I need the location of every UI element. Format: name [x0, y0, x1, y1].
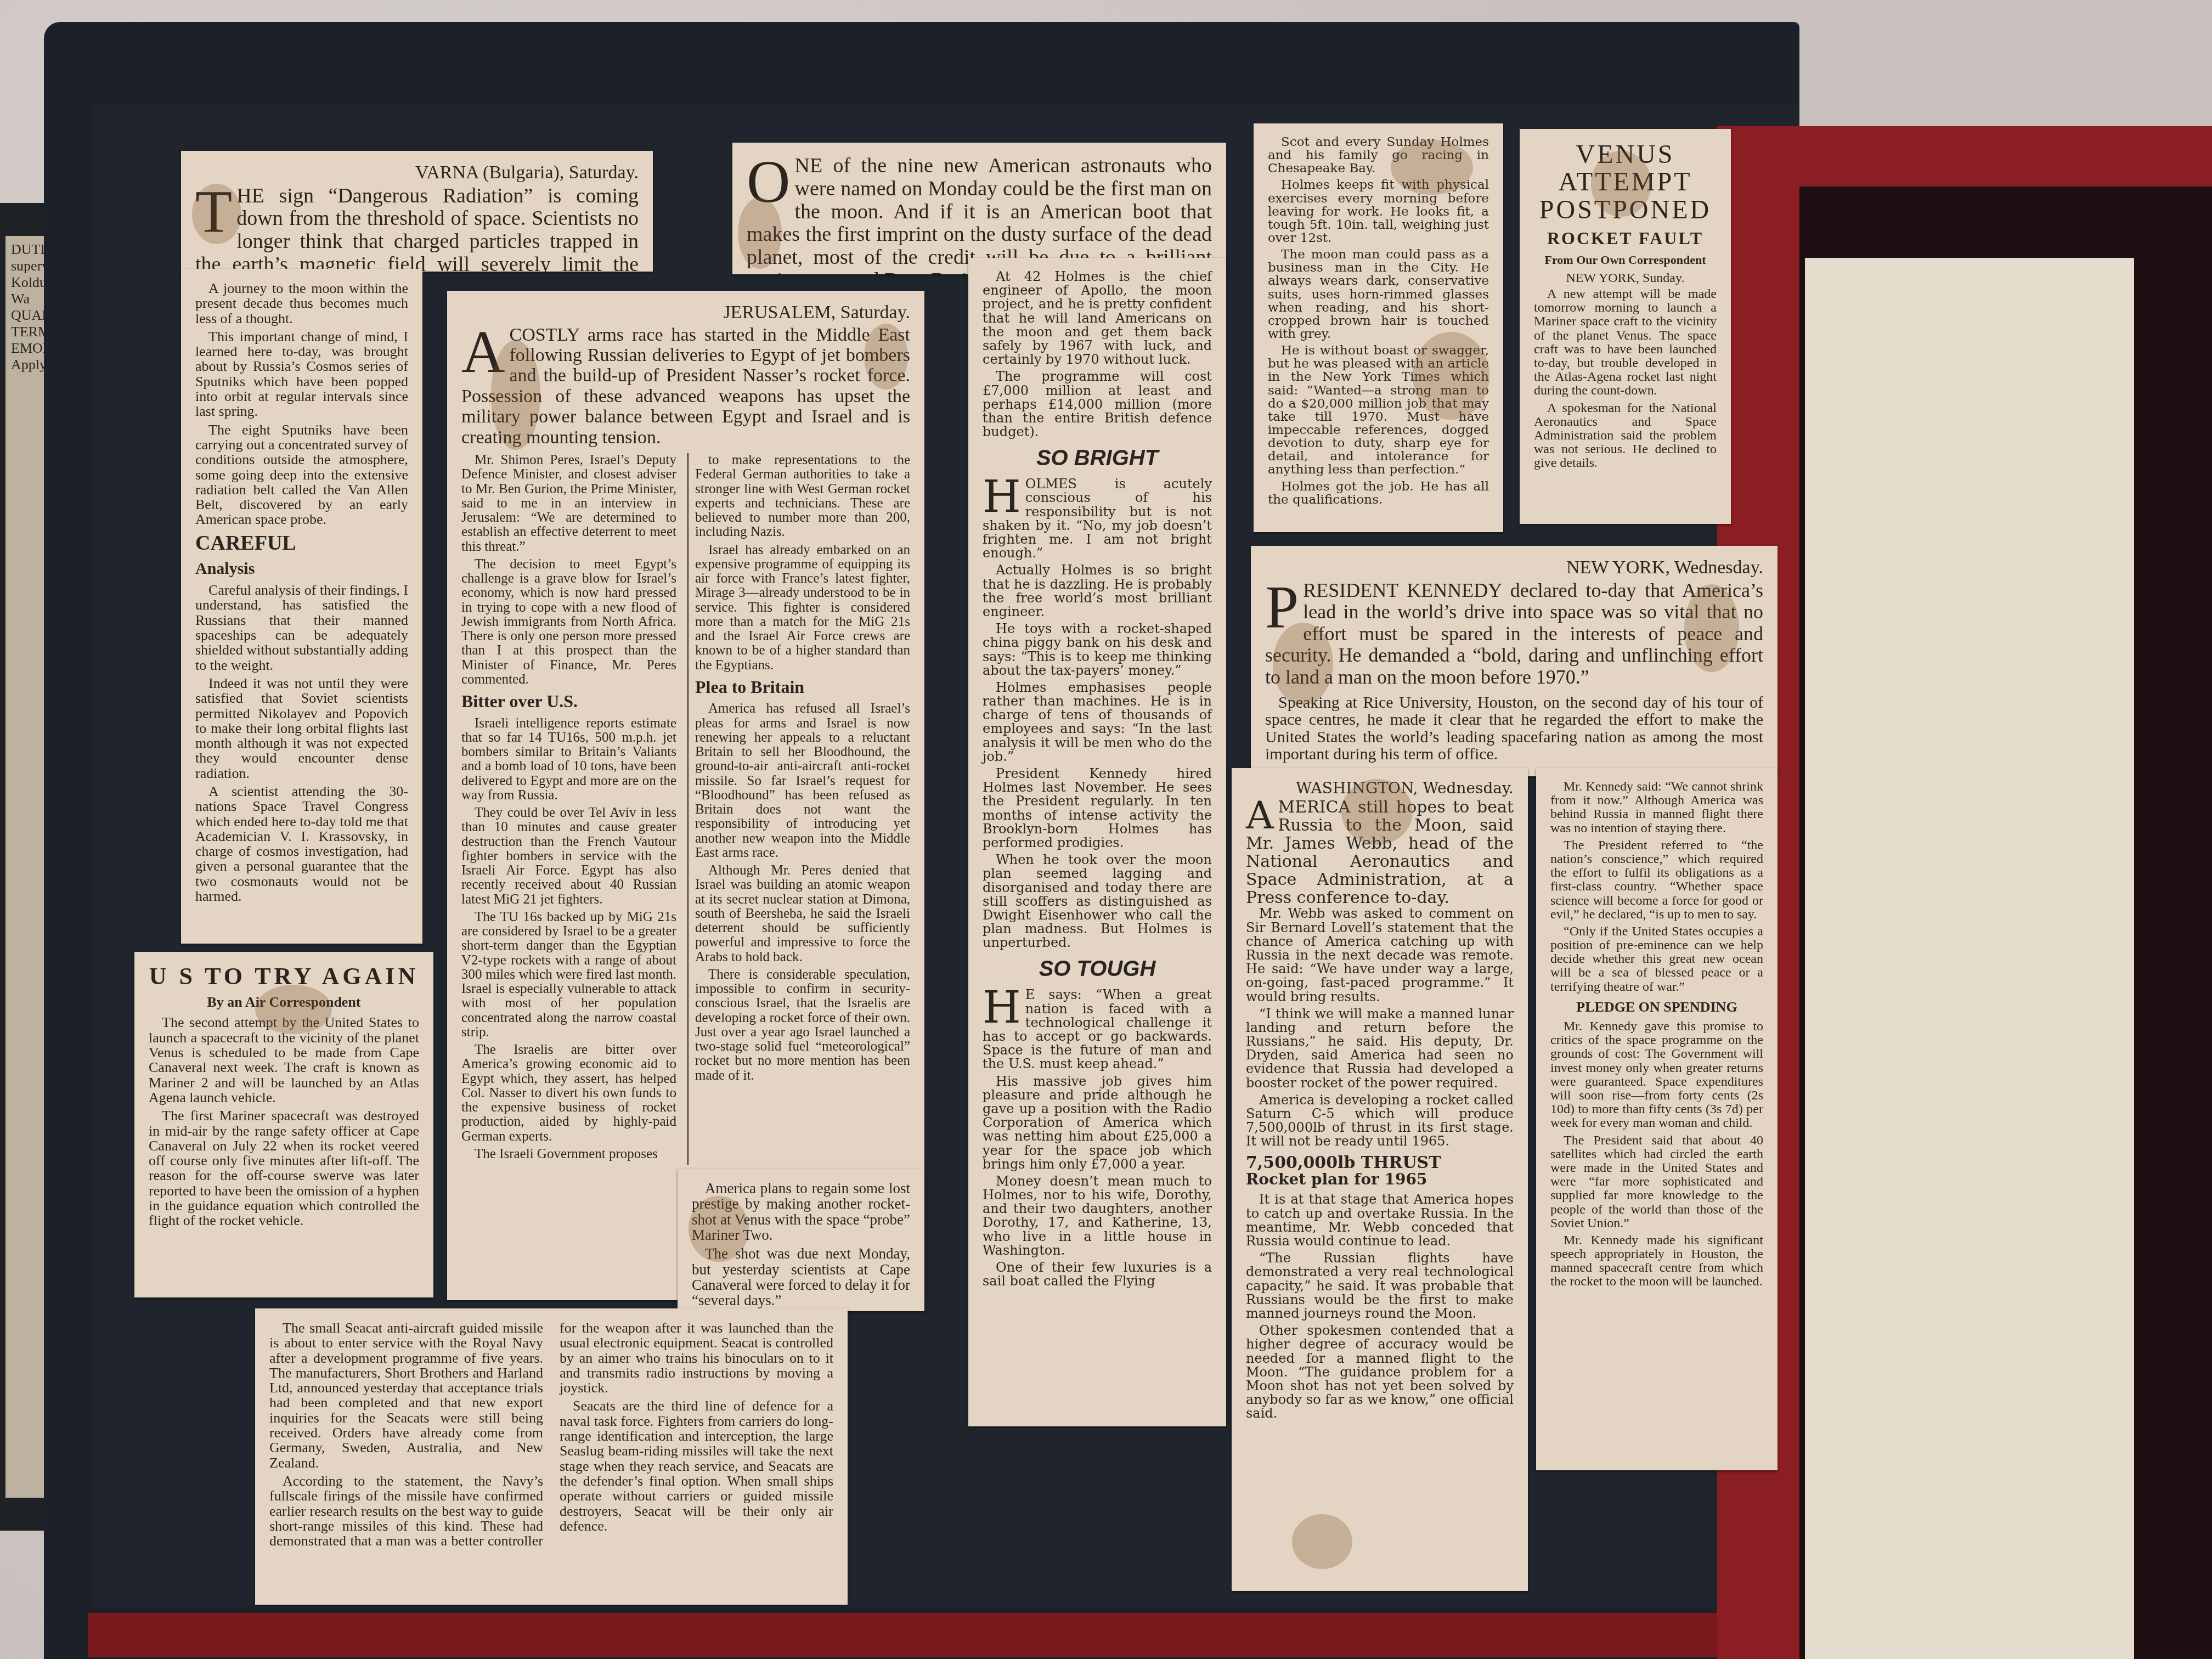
paragraph: The moon man could pass as a business ma… [1268, 248, 1489, 341]
paragraph: Indeed it was not until they were satisf… [195, 676, 408, 781]
drop-cap: H [983, 988, 1021, 1028]
lead-paragraph: HE sign “Dangerous Radiation” is coming … [195, 184, 639, 272]
paragraph: At 42 Holmes is the chief engineer of Ap… [983, 270, 1212, 366]
paragraph: Although Mr. Peres denied that Israel wa… [695, 864, 910, 964]
clipping-kennedy-body: Mr. Kennedy said: “We cannot shrink from… [1536, 768, 1778, 1470]
paragraph: The Israelis are bitter over America’s g… [461, 1043, 676, 1144]
byline: From Our Own Correspondent [1534, 253, 1717, 266]
paragraph: A journey to the moon within the present… [195, 281, 408, 326]
paragraph: There is considerable speculation, impos… [695, 968, 910, 1083]
paragraph: Holmes got the job. He has all the quali… [1268, 480, 1489, 506]
paragraph: His massive job gives him pleasure and p… [983, 1075, 1212, 1171]
lead-paragraph: NE of the nine new American astronauts w… [747, 154, 1212, 274]
paragraph: The eight Sputniks have been carrying ou… [195, 422, 408, 527]
paragraph: to make representations to the Federal G… [695, 453, 910, 540]
clipping-washington: WASHINGTON, Wednesday. AMERICA still hop… [1232, 768, 1528, 1591]
paragraph: They could be over Tel Aviv in less than… [461, 806, 676, 907]
subhead: 7,500,000lb THRUST [1246, 1154, 1514, 1172]
paragraph: The President referred to “the nation’s … [1550, 839, 1763, 922]
subhead: Bitter over U.S. [461, 692, 676, 711]
paragraph: The decision to meet Egypt’s challenge i… [461, 557, 676, 687]
subhead: PLEDGE ON SPENDING [1550, 1000, 1763, 1014]
paragraph: “The Russian flights have demonstrated a… [1246, 1251, 1514, 1321]
paragraph: Other spokesmen contended that a higher … [1246, 1324, 1514, 1420]
drop-cap: P [1265, 580, 1299, 634]
album-red-edge [88, 1613, 1788, 1657]
dateline: VARNA (Bulgaria), Saturday. [195, 163, 639, 183]
clipping-holmes-header: ONE of the nine new American astronauts … [732, 143, 1226, 274]
paragraph: Actually Holmes is so bright that he is … [983, 563, 1212, 619]
clipping-us-try-again: U S TO TRY AGAIN By an Air Correspondent… [134, 952, 433, 1297]
subhead: SO BRIGHT [983, 447, 1212, 470]
drop-cap: H [983, 477, 1021, 517]
paragraph: He toys with a rocket-shaped china piggy… [983, 622, 1212, 678]
dateline: NEW YORK, Sunday. [1534, 272, 1717, 285]
subhead: Rocket plan for 1965 [1246, 1171, 1514, 1187]
byline: By an Air Correspondent [149, 995, 419, 1009]
paragraph: This important change of mind, I learned… [195, 329, 408, 419]
clipping-varna-header: VARNA (Bulgaria), Saturday. THE sign “Da… [181, 151, 653, 272]
paragraph: Careful analysis of their findings, I un… [195, 583, 408, 673]
headline: U S TO TRY AGAIN [149, 964, 419, 989]
drop-cap: A [1246, 798, 1274, 833]
paragraph: The President said that about 40 satelli… [1550, 1134, 1763, 1231]
paragraph: Mr. Shimon Peres, Israel’s Deputy Defenc… [461, 453, 676, 554]
paragraph: Mr. Webb was asked to comment on Sir Ber… [1246, 907, 1514, 1003]
drop-cap: T [195, 185, 232, 239]
paragraph: A new attempt will be made tomorrow morn… [1534, 287, 1717, 398]
paragraph: Scot and every Sunday Holmes and his fam… [1268, 136, 1489, 175]
paragraph: The small Seacat anti-aircraft guided mi… [269, 1321, 543, 1470]
paragraph: It is at that stage that America hopes t… [1246, 1193, 1514, 1248]
paragraph: When he took over the moon plan seemed l… [983, 853, 1212, 950]
paragraph: Money doesn’t mean much to Holmes, nor t… [983, 1175, 1212, 1257]
paragraph: “I think we will make a manned lunar lan… [1246, 1007, 1514, 1090]
clipping-kennedy-header: NEW YORK, Wednesday. PRESIDENT KENNEDY d… [1251, 546, 1778, 776]
paragraph: Seacats are the third line of defence fo… [560, 1398, 833, 1533]
dateline: NEW YORK, Wednesday. [1265, 558, 1763, 578]
paragraph: America has refused all Israel’s pleas f… [695, 702, 910, 860]
subhead: ROCKET FAULT [1534, 229, 1717, 248]
headline: VENUS ATTEMPT POSTPONED [1534, 141, 1717, 224]
paragraph: The TU 16s backed up by MiG 21s are cons… [461, 910, 676, 1040]
paragraph: “Only if the United States occupies a po… [1550, 925, 1763, 994]
album-cover [1717, 126, 2212, 1659]
paragraph: President Kennedy hired Holmes last Nove… [983, 767, 1212, 850]
clipping-venus-postponed: VENUS ATTEMPT POSTPONED ROCKET FAULT Fro… [1520, 129, 1731, 524]
lead-paragraph: COSTLY arms race has started in the Midd… [461, 325, 910, 448]
paragraph: He is without boast or swagger, but he w… [1268, 344, 1489, 476]
paragraph: Mr. Kennedy gave this promise to critics… [1550, 1020, 1763, 1131]
drop-cap: A [461, 325, 505, 379]
paragraph: The first Mariner spacecraft was destroy… [149, 1108, 419, 1228]
clipping-holmes-col3: Scot and every Sunday Holmes and his fam… [1254, 123, 1503, 532]
lead-paragraph: RESIDENT KENNEDY declared to-day that Am… [1265, 579, 1763, 688]
dateline: WASHINGTON, Wednesday. [1246, 780, 1514, 796]
paragraph: The second attempt by the United States … [149, 1015, 419, 1105]
paragraph: Mr. Kennedy said: “We cannot shrink from… [1550, 780, 1763, 836]
paragraph: One of their few luxuries is a sail boat… [983, 1261, 1212, 1288]
paragraph: A scientist attending the 30-nations Spa… [195, 784, 408, 904]
paragraph: America is developing a rocket called Sa… [1246, 1093, 1514, 1149]
subhead: CAREFUL [195, 533, 408, 555]
paragraph: The programme will cost £7,000 million a… [983, 370, 1212, 439]
paragraph: Mr. Kennedy made his significant speech … [1550, 1234, 1763, 1289]
paragraph: A spokesman for the National Aeronautics… [1534, 402, 1717, 471]
blank-page [1805, 258, 2134, 1659]
clipping-mariner-two: America plans to regain some lost presti… [678, 1169, 924, 1311]
paragraph: Holmes emphasises people rather than mac… [983, 681, 1212, 764]
clipping-jerusalem: JERUSALEM, Saturday. ACOSTLY arms race h… [447, 291, 924, 1300]
drop-cap: O [747, 155, 790, 209]
paragraph: America plans to regain some lost presti… [692, 1181, 910, 1243]
paragraph: The shot was due next Monday, but yester… [692, 1246, 910, 1308]
clipping-varna-body: A journey to the moon within the present… [181, 269, 422, 944]
subhead: Plea to Britain [695, 678, 910, 697]
paragraph: Speaking at Rice University, Houston, on… [1265, 694, 1763, 763]
paragraph: Israel has already embarked on an expens… [695, 543, 910, 673]
subhead: SO TOUGH [983, 957, 1212, 980]
clipping-holmes-body: At 42 Holmes is the chief engineer of Ap… [968, 258, 1226, 1426]
paragraph: Israeli intelligence reports estimate th… [461, 716, 676, 803]
lead-paragraph: MERICA still hopes to beat Russia to the… [1246, 798, 1514, 907]
clipping-seacat: The small Seacat anti-aircraft guided mi… [255, 1308, 848, 1605]
paragraph: Holmes keeps fit with physical exercises… [1268, 178, 1489, 245]
paragraph: The Israeli Government proposes [461, 1147, 676, 1161]
dateline: JERUSALEM, Saturday. [461, 303, 910, 323]
subhead: Analysis [195, 560, 408, 578]
